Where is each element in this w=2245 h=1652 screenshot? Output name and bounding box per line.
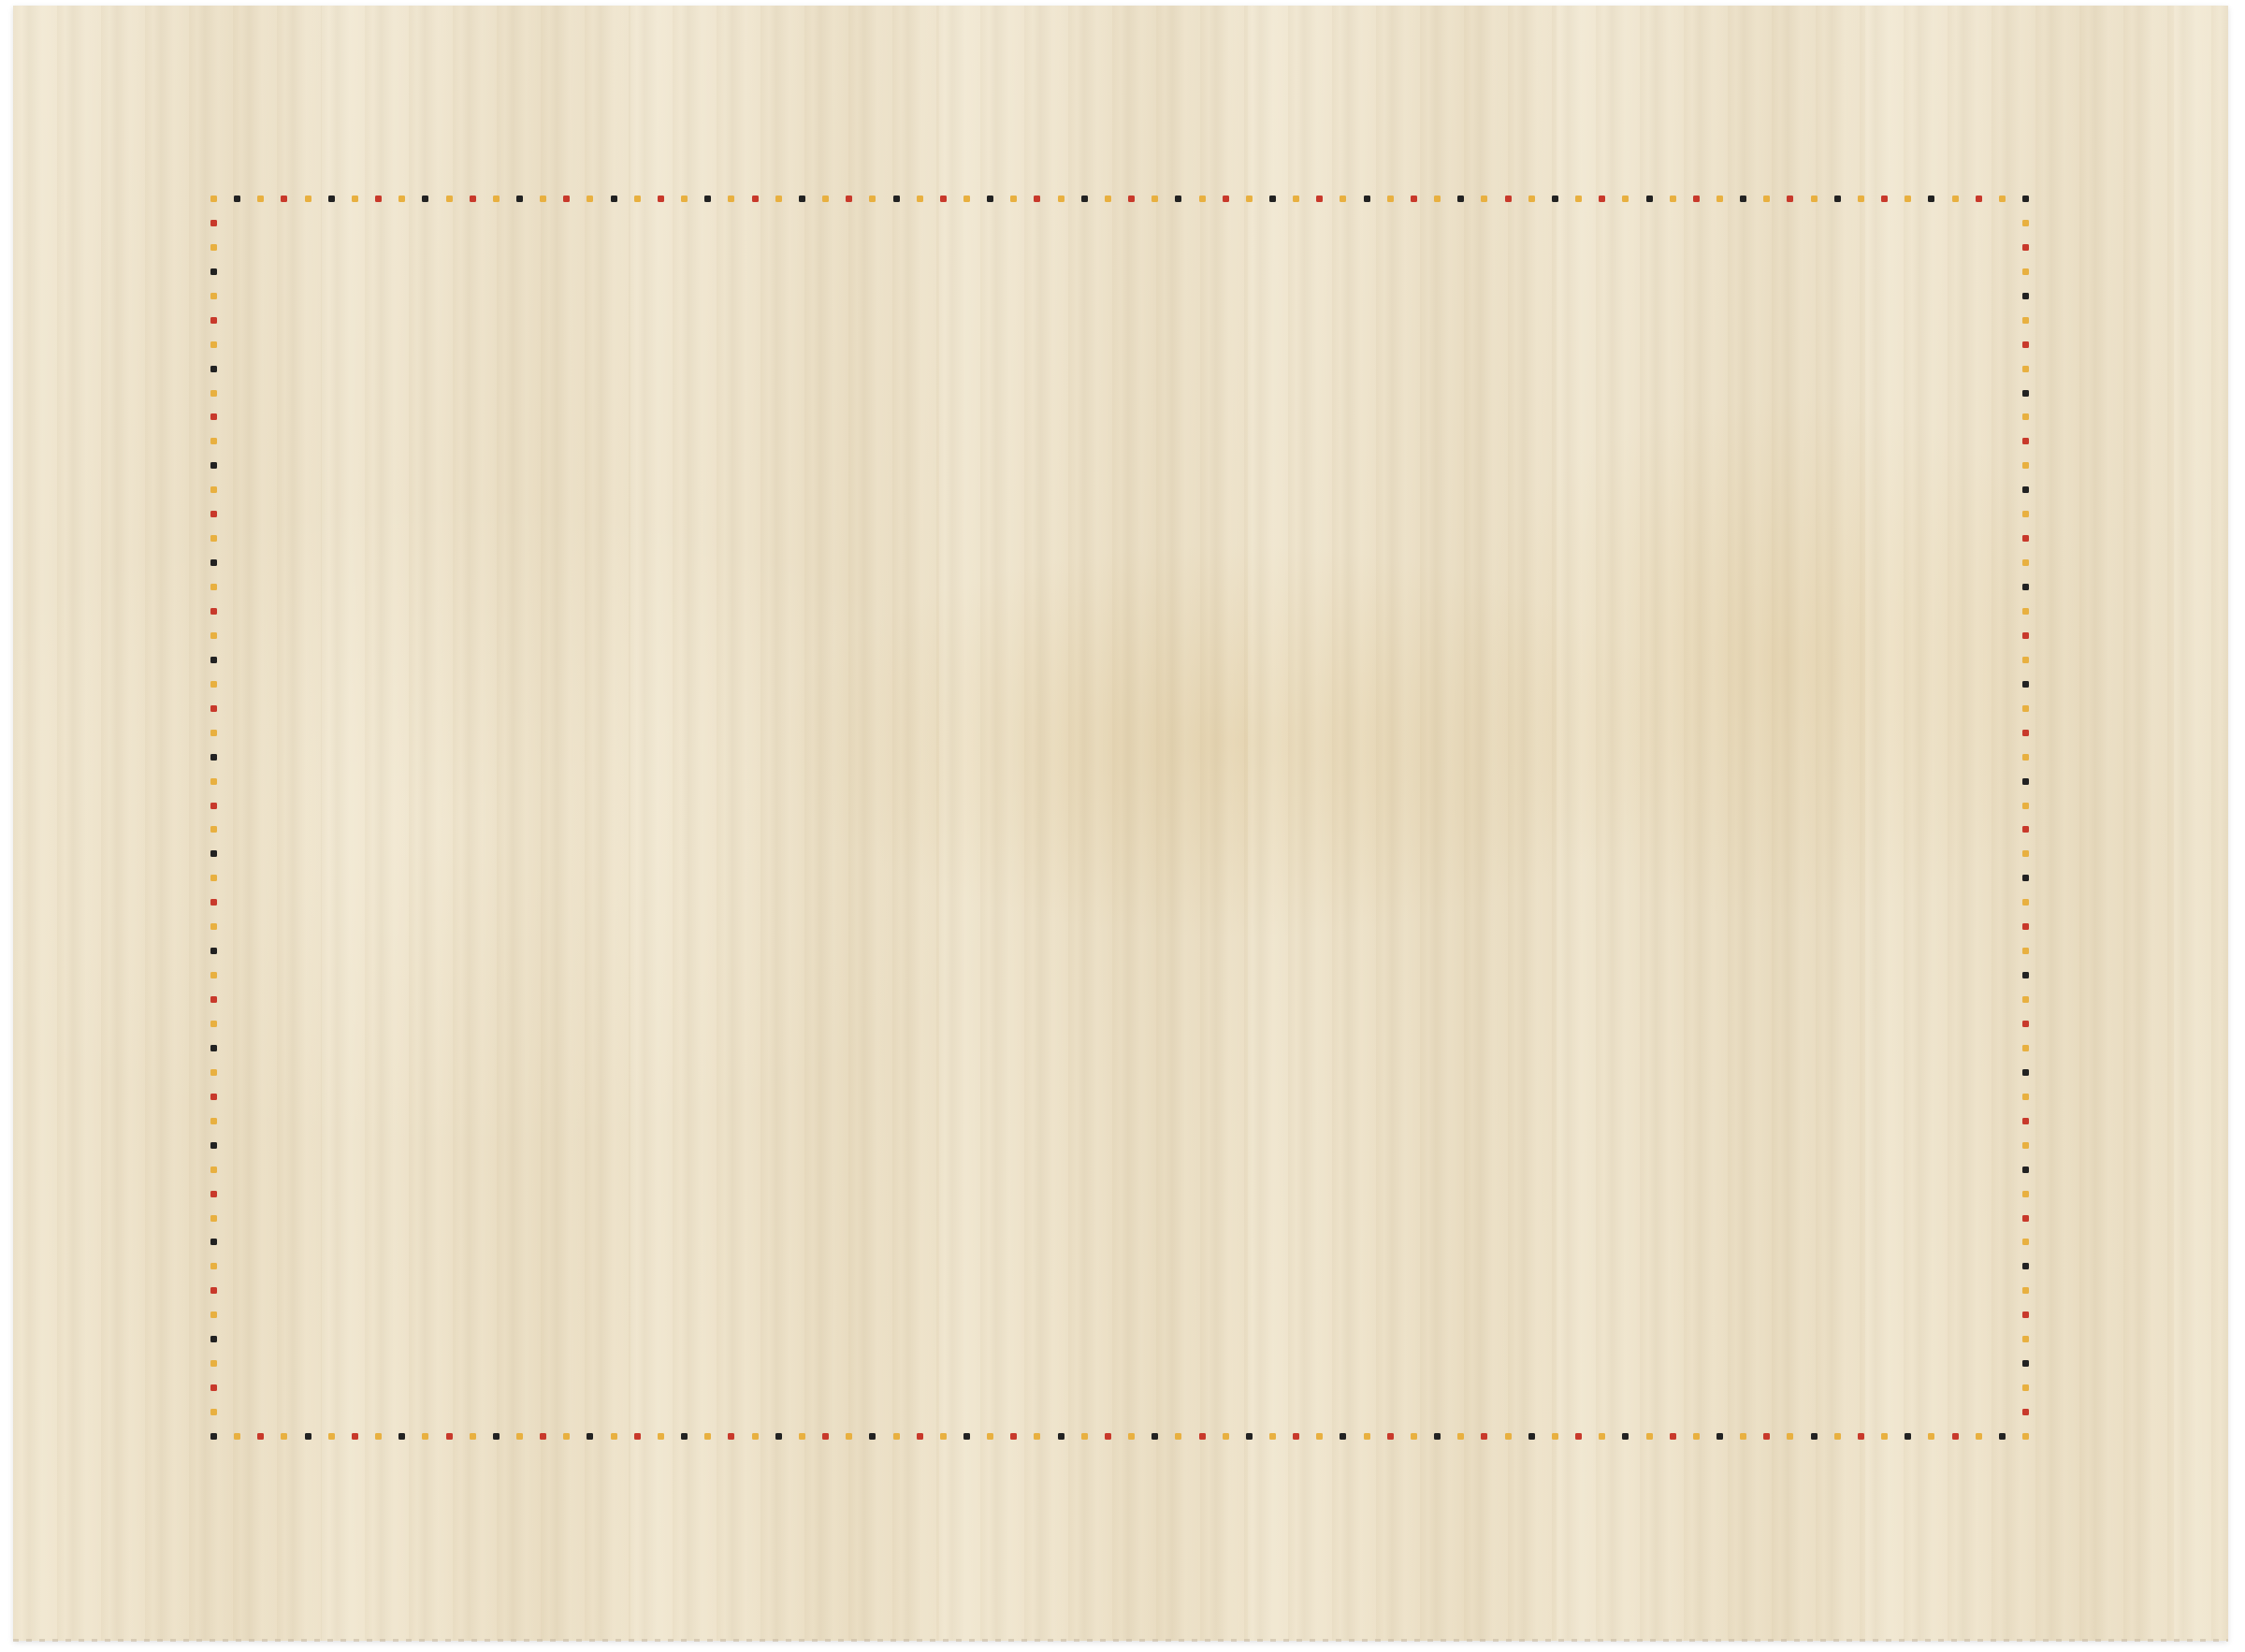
border-dot — [210, 1021, 217, 1027]
border-dot — [2022, 681, 2029, 688]
border-dot — [1763, 1433, 1770, 1440]
border-dot — [210, 220, 217, 226]
border-dot — [1952, 1433, 1959, 1440]
border-dot — [775, 1433, 782, 1440]
border-dot — [422, 1433, 428, 1440]
border-dot — [470, 1433, 476, 1440]
border-dot — [210, 875, 217, 881]
border-dot — [398, 1433, 405, 1440]
border-dot — [1670, 196, 1676, 202]
border-dot — [1622, 1433, 1629, 1440]
border-dot — [210, 632, 217, 639]
border-dot — [1246, 196, 1253, 202]
border-dot — [2022, 730, 2029, 736]
border-dot — [1740, 196, 1746, 202]
border-dot — [1505, 196, 1512, 202]
border-dot — [1528, 196, 1535, 202]
border-dot — [1552, 1433, 1558, 1440]
border-dot — [1763, 196, 1770, 202]
border-dot — [1340, 196, 1346, 202]
border-dot — [210, 196, 217, 202]
border-dot — [2022, 899, 2029, 906]
border-dot — [1646, 1433, 1653, 1440]
border-dot — [2022, 268, 2029, 275]
border-dot — [1622, 196, 1629, 202]
border-dot — [305, 196, 311, 202]
border-dot — [1010, 1433, 1017, 1440]
border-dot — [210, 413, 217, 420]
border-dot — [2022, 1384, 2029, 1391]
border-dot — [210, 1409, 217, 1415]
border-dot — [611, 1433, 617, 1440]
border-dot — [728, 196, 734, 202]
border-dot — [2022, 1094, 2029, 1100]
border-dot — [1269, 196, 1276, 202]
border-dot — [210, 438, 217, 444]
border-dot — [210, 1069, 217, 1076]
border-dot — [1552, 196, 1558, 202]
border-dot — [587, 1433, 593, 1440]
border-dot — [210, 390, 217, 397]
border-dot — [752, 196, 759, 202]
border-dot — [210, 1239, 217, 1245]
border-dot — [799, 196, 805, 202]
border-dot — [210, 1384, 217, 1391]
border-dot — [869, 1433, 876, 1440]
border-dot — [210, 850, 217, 857]
border-dot — [1434, 196, 1441, 202]
border-dot — [1811, 1433, 1818, 1440]
border-dot — [1481, 196, 1487, 202]
border-dot — [1411, 196, 1417, 202]
border-dot — [1952, 196, 1959, 202]
border-dot — [210, 1287, 217, 1294]
border-dot — [1175, 1433, 1181, 1440]
border-dot — [210, 803, 217, 809]
border-dot — [2022, 486, 2029, 493]
border-dot — [1105, 1433, 1111, 1440]
border-dot — [210, 730, 217, 736]
border-dot — [2022, 608, 2029, 615]
border-dot — [1058, 1433, 1065, 1440]
border-dot — [846, 1433, 852, 1440]
border-dot — [1387, 1433, 1394, 1440]
border-dot — [1081, 196, 1088, 202]
border-dot — [2022, 462, 2029, 469]
border-dot — [987, 1433, 993, 1440]
border-dot — [2022, 196, 2029, 202]
border-dot — [917, 196, 923, 202]
border-dot — [210, 293, 217, 299]
border-dot — [210, 1215, 217, 1222]
border-dot — [2022, 317, 2029, 324]
border-dot — [2022, 366, 2029, 372]
border-dot — [563, 196, 570, 202]
border-dot — [210, 535, 217, 542]
border-dot — [2022, 972, 2029, 978]
border-dot — [752, 1433, 759, 1440]
border-dot — [210, 462, 217, 469]
border-dot — [2022, 996, 2029, 1003]
border-dot — [846, 196, 852, 202]
border-dot — [822, 196, 829, 202]
border-dot — [2022, 850, 2029, 857]
border-dot — [2022, 1142, 2029, 1149]
border-dot — [587, 196, 593, 202]
border-dot — [210, 705, 217, 712]
border-dot — [210, 899, 217, 906]
border-dot — [2022, 754, 2029, 761]
border-dot — [1246, 1433, 1253, 1440]
border-dot — [611, 196, 617, 202]
border-dot — [2022, 1239, 2029, 1245]
border-dot — [1646, 196, 1653, 202]
border-dot — [658, 1433, 664, 1440]
border-dot — [210, 1118, 217, 1124]
border-dot — [210, 754, 217, 761]
border-dot — [422, 196, 428, 202]
border-dot — [987, 196, 993, 202]
border-dot — [446, 1433, 453, 1440]
border-dot — [869, 196, 876, 202]
border-dot — [210, 486, 217, 493]
border-dot — [822, 1433, 829, 1440]
border-dot — [1881, 1433, 1888, 1440]
border-dot — [493, 1433, 500, 1440]
border-dot — [2022, 1336, 2029, 1342]
border-dot — [1505, 1433, 1512, 1440]
border-dot — [1034, 1433, 1040, 1440]
border-dot — [1928, 1433, 1934, 1440]
border-dot — [493, 196, 500, 202]
border-dot — [281, 1433, 287, 1440]
border-dot — [2022, 803, 2029, 809]
border-dot — [634, 1433, 641, 1440]
border-dot — [2022, 632, 2029, 639]
border-dot — [2022, 1069, 2029, 1076]
border-dot — [893, 1433, 900, 1440]
border-dot — [1858, 1433, 1864, 1440]
border-dot — [1858, 196, 1864, 202]
border-dot — [1740, 1433, 1746, 1440]
border-dot — [1411, 1433, 1417, 1440]
border-dot — [1223, 1433, 1229, 1440]
border-dot — [210, 1360, 217, 1367]
border-dot — [210, 1045, 217, 1051]
border-dot — [210, 778, 217, 785]
border-dot — [1528, 1433, 1535, 1440]
border-dot — [1434, 1433, 1441, 1440]
border-dot — [1199, 1433, 1206, 1440]
border-dot — [2022, 1409, 2029, 1415]
border-dot — [1599, 1433, 1605, 1440]
border-dot — [681, 1433, 688, 1440]
border-dot — [375, 1433, 382, 1440]
border-dot — [446, 196, 453, 202]
border-dot — [210, 923, 217, 930]
border-dot — [210, 268, 217, 275]
border-dot — [540, 196, 546, 202]
border-dot — [1081, 1433, 1088, 1440]
border-dot — [658, 196, 664, 202]
border-dot — [2022, 705, 2029, 712]
border-dot — [893, 196, 900, 202]
border-dot — [1387, 196, 1394, 202]
border-dot — [1905, 1433, 1911, 1440]
border-dot — [210, 366, 217, 372]
border-dot — [799, 1433, 805, 1440]
border-dot — [1693, 1433, 1700, 1440]
border-dot — [516, 1433, 523, 1440]
border-dot — [2022, 948, 2029, 954]
border-dot — [210, 1142, 217, 1149]
rug — [13, 6, 2228, 1641]
border-dot — [328, 1433, 335, 1440]
border-dot — [375, 196, 382, 202]
border-dot — [1316, 1433, 1323, 1440]
border-dot — [2022, 657, 2029, 663]
border-dot — [2022, 220, 2029, 226]
border-dot — [2022, 559, 2029, 566]
border-dot — [210, 511, 217, 517]
border-dot — [728, 1433, 734, 1440]
border-dot — [1293, 1433, 1299, 1440]
border-dot — [2022, 778, 2029, 785]
border-dot — [257, 196, 264, 202]
border-dot — [2022, 390, 2029, 397]
border-dot — [1105, 196, 1111, 202]
border-dot — [210, 341, 217, 348]
border-dot — [516, 196, 523, 202]
border-dot — [210, 1191, 217, 1197]
border-dot — [1716, 196, 1723, 202]
border-dot — [210, 826, 217, 833]
border-dot — [2022, 584, 2029, 590]
border-dot — [1316, 196, 1323, 202]
border-dot — [210, 1263, 217, 1269]
border-dot — [210, 972, 217, 978]
border-dot — [563, 1433, 570, 1440]
border-dot — [1364, 1433, 1370, 1440]
border-dot — [963, 196, 970, 202]
border-dot — [210, 1094, 217, 1100]
border-dot — [1199, 196, 1206, 202]
border-dot — [2022, 1263, 2029, 1269]
border-dot — [2022, 1215, 2029, 1222]
border-dot — [2022, 1191, 2029, 1197]
border-dot — [2022, 511, 2029, 517]
border-dot — [210, 657, 217, 663]
border-dot — [1269, 1433, 1276, 1440]
border-dot — [940, 196, 947, 202]
border-dot — [1928, 196, 1934, 202]
border-dot — [2022, 875, 2029, 881]
border-dot — [1693, 196, 1700, 202]
border-dot — [2022, 826, 2029, 833]
border-dot — [1787, 1433, 1793, 1440]
border-dot — [210, 1433, 217, 1440]
border-dot — [210, 317, 217, 324]
border-dot — [2022, 1021, 2029, 1027]
border-dot — [398, 196, 405, 202]
border-dot — [1364, 196, 1370, 202]
border-dot — [1811, 196, 1818, 202]
border-dot — [210, 1336, 217, 1342]
border-dot — [2022, 413, 2029, 420]
border-dot — [234, 196, 240, 202]
border-dot — [681, 196, 688, 202]
border-dot — [1670, 1433, 1676, 1440]
border-dot — [210, 559, 217, 566]
border-dot — [1457, 196, 1464, 202]
border-dot — [2022, 341, 2029, 348]
border-dot — [257, 1433, 264, 1440]
border-dot — [2022, 1433, 2029, 1440]
border-dot — [2022, 1045, 2029, 1051]
border-dot — [1881, 196, 1888, 202]
border-dot — [1175, 196, 1181, 202]
border-dot — [328, 196, 335, 202]
rug-bottom-fringe — [13, 1639, 2228, 1642]
border-dot — [704, 1433, 711, 1440]
border-dot — [234, 1433, 240, 1440]
border-dot — [1481, 1433, 1487, 1440]
border-dot — [940, 1433, 947, 1440]
border-dot — [1293, 196, 1299, 202]
border-dot — [210, 584, 217, 590]
border-dot — [1716, 1433, 1723, 1440]
border-dot — [1128, 1433, 1135, 1440]
border-dot — [470, 196, 476, 202]
border-dot — [1457, 1433, 1464, 1440]
border-dot — [210, 1167, 217, 1173]
border-dot — [1599, 196, 1605, 202]
border-dot — [2022, 438, 2029, 444]
border-dot — [1976, 196, 1982, 202]
border-dot — [1010, 196, 1017, 202]
border-dot — [281, 196, 287, 202]
border-dot — [1340, 1433, 1346, 1440]
border-dot — [634, 196, 641, 202]
border-dot — [1223, 196, 1229, 202]
border-dot — [352, 196, 358, 202]
border-dot — [1128, 196, 1135, 202]
border-dot — [210, 948, 217, 954]
border-dot — [2022, 293, 2029, 299]
border-dot — [305, 1433, 311, 1440]
border-dot — [1575, 1433, 1582, 1440]
border-dot — [1999, 196, 2006, 202]
border-dot — [1787, 196, 1793, 202]
border-dot — [210, 996, 217, 1003]
border-dot — [704, 196, 711, 202]
border-dot — [2022, 244, 2029, 251]
border-dot — [210, 608, 217, 615]
border-dot — [775, 196, 782, 202]
border-dot — [540, 1433, 546, 1440]
border-dot — [1034, 196, 1040, 202]
border-dot — [1905, 196, 1911, 202]
border-dot — [352, 1433, 358, 1440]
border-dot — [1834, 196, 1841, 202]
border-dot — [917, 1433, 923, 1440]
border-dot — [1151, 196, 1158, 202]
border-dot — [2022, 1311, 2029, 1318]
border-dot — [1151, 1433, 1158, 1440]
border-dot — [210, 681, 217, 688]
border-dot — [963, 1433, 970, 1440]
border-dot — [1058, 196, 1065, 202]
border-dot — [1999, 1433, 2006, 1440]
border-dot — [2022, 923, 2029, 930]
border-dot — [1976, 1433, 1982, 1440]
border-dot — [2022, 1360, 2029, 1367]
border-dot — [1575, 196, 1582, 202]
border-dot — [2022, 535, 2029, 542]
border-dot — [2022, 1118, 2029, 1124]
border-dot — [210, 244, 217, 251]
border-dot — [2022, 1167, 2029, 1173]
border-dot — [210, 1311, 217, 1318]
border-dot — [2022, 1287, 2029, 1294]
border-dot — [1834, 1433, 1841, 1440]
